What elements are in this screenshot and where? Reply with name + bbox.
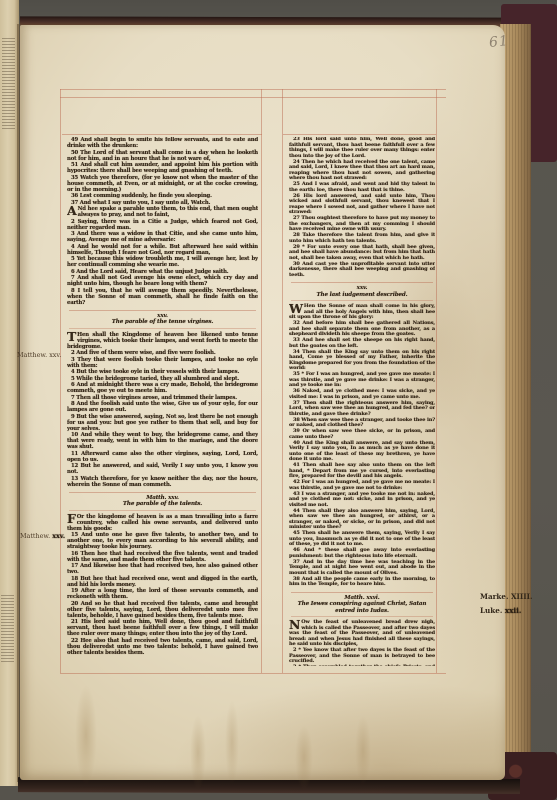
verse-line: 49 And shall begin to smite his fellow s…	[67, 137, 258, 149]
verse-line: 33 And hee shall set the sheepe on his r…	[289, 338, 435, 349]
verse-line: 2 And five of them were wise, and five w…	[67, 350, 258, 356]
ruled-line	[436, 89, 437, 673]
verse-line: 22 Hee also that had received two talent…	[67, 638, 258, 656]
margin-book-name: Matthew.	[17, 351, 47, 359]
verse-line: 7 And shall not God avenge his owne elec…	[67, 275, 258, 287]
verse-line: 35 Watch yee therefore, (for ye know not…	[67, 175, 258, 193]
section-heading: xxv.The parable of the tenne virgines.	[69, 310, 256, 329]
verse-line: 32 And before him shall bee gathered all…	[289, 321, 435, 338]
verse-line: 17 And likewise hee that had received tw…	[67, 563, 258, 575]
verse-line: 20 And so he that had received five tale…	[67, 601, 258, 619]
verse-line: 5 Yet because this widow troubleth me, I…	[67, 256, 258, 268]
verse-line: 25 And I was afraid, and went and hid th…	[289, 182, 435, 193]
verse-line: 37 And what I say unto you, I say unto a…	[67, 200, 258, 206]
verse-line: 4 But the wise tooke oyle in their vesse…	[67, 369, 258, 375]
verse-line: 23 His lord said unto him, Well done, go…	[289, 137, 435, 159]
margin-chapter: xxv.	[49, 351, 61, 359]
photograph-of-book-page: 61 Matthew. xxv. Matthew. xxv. Marke. XI…	[0, 0, 557, 800]
section-heading: Matth. xxv.The parable of the talents.	[69, 492, 256, 511]
margin-book-name: Marke.	[480, 592, 508, 601]
verse-line: 19 After a long time, the lord of those …	[67, 588, 258, 600]
verse-line: 42 For I was an hungred, and ye gave me …	[289, 480, 435, 491]
section-title: The parable of the tenne virgines.	[69, 319, 256, 326]
verse-line: 37 And in the day time hee was teaching …	[289, 560, 435, 577]
verse-line: 39 Or when saw wee thee sicke, or in pri…	[289, 429, 435, 440]
ruled-line	[60, 89, 61, 673]
ruled-line	[60, 89, 446, 90]
verse-line: 21 His lord said unto him, Well done, th…	[67, 619, 258, 637]
margin-note-left-2: Matthew. xxv.	[20, 533, 65, 540]
verse-line: 3 * Then assembled together the chiefe P…	[289, 665, 435, 666]
verse-line: WHen the Sonne of man shall come in his …	[289, 304, 435, 321]
verse-line: ANd hee spake a parable unto them, to th…	[67, 206, 258, 218]
verse-line: 12 But he answered, and said, Verily I s…	[67, 463, 258, 475]
drop-cap: W	[289, 304, 304, 315]
verse-line: 26 His lord answered, and said unto him,…	[289, 194, 435, 216]
verse-line: THen shall the Kingdome of heaven bee li…	[67, 332, 258, 350]
margin-chapter: xxii.	[505, 606, 522, 615]
ruled-line	[60, 673, 446, 674]
verse-line: 40 And the King shall answere, and say u…	[289, 441, 435, 463]
margin-book-name: Matthew.	[20, 532, 50, 540]
water-stain	[355, 715, 371, 785]
drop-cap: N	[289, 620, 301, 631]
ruled-line	[60, 97, 446, 98]
margin-note-right-2: Luke. xxii.	[480, 607, 521, 614]
verse-line: 4 And he would not for a while. But afte…	[67, 244, 258, 256]
ruled-line	[62, 134, 262, 135]
water-stain	[190, 715, 206, 790]
text-column-left: 49 And shall begin to smite his fellow s…	[67, 137, 258, 666]
verse-line: 13 Watch therefore, for ye know neither …	[67, 476, 258, 488]
verse-line: 43 I was a stranger, and yee tooke me no…	[289, 492, 435, 509]
showthrough-text-marks	[1, 595, 14, 663]
ruled-line	[282, 89, 283, 673]
verse-line: 29 * For unto every one that hath, shall…	[289, 245, 435, 262]
drop-cap: A	[67, 206, 78, 217]
verse-line: 37 Then shall the righteous answere him,…	[289, 401, 435, 418]
verse-line: 15 And unto one he gave five talents, to…	[67, 532, 258, 550]
ruled-line	[261, 89, 262, 673]
verse-line: 44 Then shall they also answere him, say…	[289, 509, 435, 531]
verse-line: 46 And * these shall goe away into everl…	[289, 548, 435, 559]
margin-note-left-1: Matthew. xxv.	[17, 352, 61, 359]
verse-line: 6 And the Lord said, Heare what the unju…	[67, 269, 258, 275]
verse-line: FOr the kingdome of heaven is as a man t…	[67, 514, 258, 532]
verse-line: 41 Then shall hee say also unto them on …	[289, 463, 435, 480]
verse-line: 9 But the wise answered, saying, Not so,…	[67, 414, 258, 432]
drop-cap: F	[67, 514, 77, 525]
verse-line: 16 Then hee that had received the five t…	[67, 551, 258, 563]
verse-line: 7 Then all those virgines arose, and tri…	[67, 395, 258, 401]
margin-note-right-1: Marke. XIIII.	[480, 593, 533, 600]
section-title: The Iewes conspiring against Christ, Sat…	[291, 601, 433, 614]
verse-line: 38 When saw wee thee a stranger, and too…	[289, 418, 435, 429]
verse-line: 51 And shall cut him asunder, and appoin…	[67, 162, 258, 174]
section-title: The last iudgement described.	[291, 292, 433, 299]
margin-chapter: xxv.	[52, 532, 65, 540]
verse-line: 28 Take therefore the talent from him, a…	[289, 233, 435, 244]
verse-line: 36 Lest comming suddenly, he finde you s…	[67, 193, 258, 199]
drop-cap: T	[67, 332, 77, 343]
section-heading: xxv.The last iudgement described.	[291, 282, 433, 301]
margin-book-name: Luke.	[480, 606, 502, 615]
section-heading: Matth. xxvi.The Iewes conspiring against…	[291, 592, 433, 618]
showthrough-text-marks	[2, 38, 15, 130]
section-title: The parable of the talents.	[69, 501, 256, 508]
verse-line: NOw the feast of unleavened bread drew n…	[289, 620, 435, 648]
verse-line: 18 But hee that had received one, went a…	[67, 576, 258, 588]
verse-line: 34 Then shall the King say unto them on …	[289, 350, 435, 372]
handwritten-folio-number: 61	[488, 33, 509, 51]
verse-line: 27 Thou oughtest therefore to have put m…	[289, 216, 435, 233]
verse-line: 3 And there was a widow in that Citie, a…	[67, 231, 258, 243]
verse-line: 6 And at midnight there was a cry made, …	[67, 382, 258, 394]
water-stain	[75, 685, 97, 785]
ruled-line	[283, 134, 436, 135]
verse-line: 5 While the bridegrome taried, they all …	[67, 376, 258, 382]
verse-line: 30 And cast yee the unprofitable servant…	[289, 262, 435, 279]
verse-line: 8 And the foolish said unto the wise, Gi…	[67, 401, 258, 413]
verse-line: 24 Then he which had received the one ta…	[289, 160, 435, 182]
water-stain	[225, 700, 239, 785]
margin-chapter: XIIII.	[511, 592, 533, 601]
verse-line: 50 The Lord of that servant shall come i…	[67, 150, 258, 162]
verse-line: 45 Then shall he answere them, saying, V…	[289, 531, 435, 548]
verse-line: 11 Afterward came also the other virgine…	[67, 451, 258, 463]
verse-line: 35 * For I was an hungred, and yee gave …	[289, 372, 435, 389]
verse-line: 36 Naked, and ye clothed mee: I was sick…	[289, 389, 435, 400]
verse-line: 8 I tell you, that he will avenge them s…	[67, 288, 258, 306]
verse-line: 10 And while they went to buy, the bride…	[67, 432, 258, 450]
text-column-right: 23 His lord said unto him, Well done, go…	[289, 137, 435, 666]
verse-line: 2 * Yee know that after two dayes is the…	[289, 648, 435, 665]
verse-line: 3 They that were foolish tooke their lam…	[67, 357, 258, 369]
verse-line: 38 And all the people came early in the …	[289, 577, 435, 588]
verse-line: 2 Saying, there was in a Citie a Judge, …	[67, 219, 258, 231]
